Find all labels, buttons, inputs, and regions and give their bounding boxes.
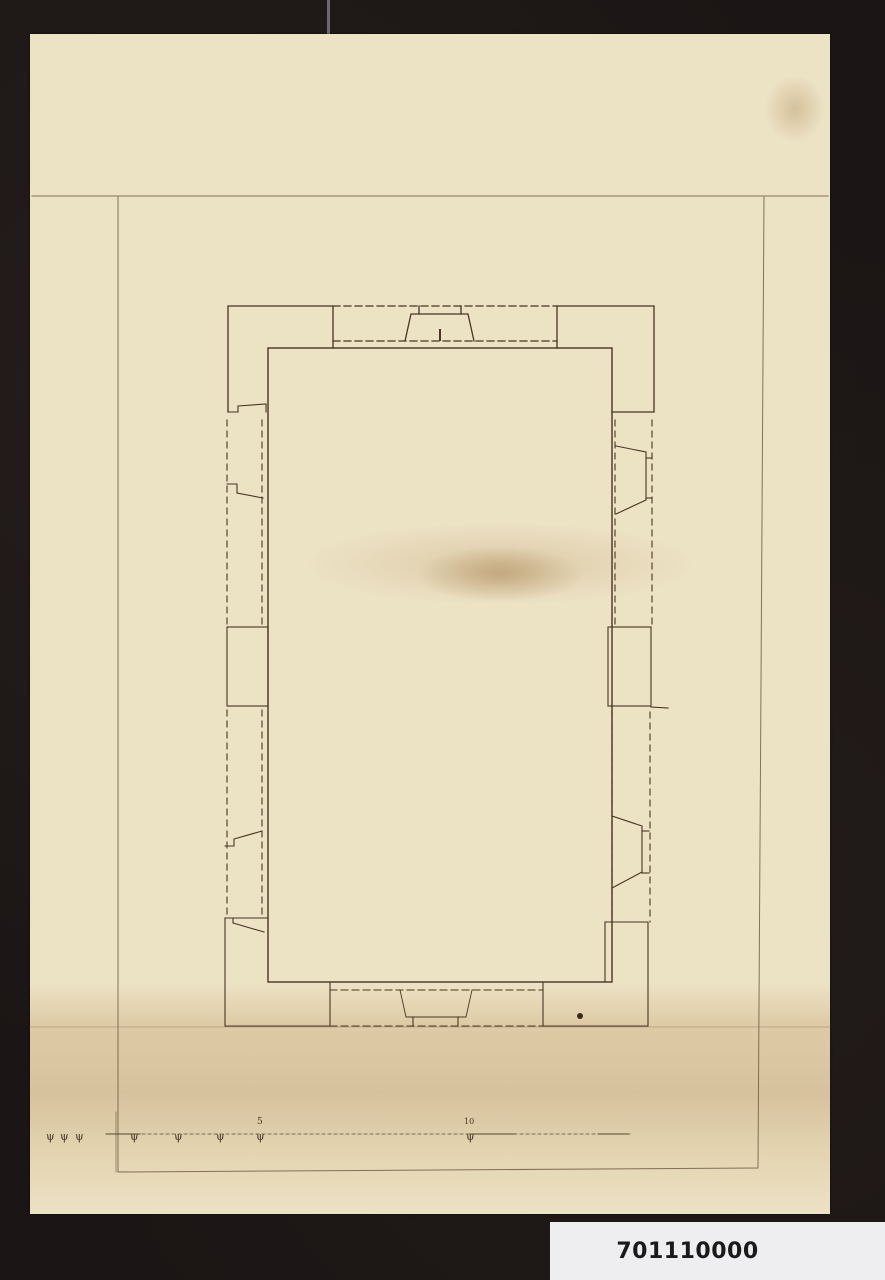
catalog-number: 701110000: [616, 1239, 758, 1264]
scale-bar-marks: ψψψ ψψψ ψ5 ψ10: [46, 1117, 475, 1143]
bottom-wall: [330, 990, 543, 1026]
catalog-label: 701110000: [550, 1222, 885, 1280]
svg-text:ψ: ψ: [256, 1130, 265, 1143]
left-wall: [225, 404, 330, 1026]
top-wall: [228, 306, 654, 412]
svg-text:ψ: ψ: [46, 1130, 55, 1143]
interior-room-outline: [268, 348, 612, 982]
svg-text:ψ: ψ: [60, 1130, 69, 1143]
svg-text:5: 5: [257, 1117, 263, 1127]
svg-text:ψ: ψ: [466, 1130, 475, 1143]
svg-text:ψ: ψ: [130, 1130, 139, 1143]
scale-bar: [106, 1112, 630, 1172]
ink-blot: [577, 1013, 583, 1019]
svg-text:ψ: ψ: [75, 1130, 84, 1143]
floor-plan-drawing: ψψψ ψψψ ψ5 ψ10: [0, 0, 885, 1280]
right-wall: [543, 420, 668, 1026]
svg-text:ψ: ψ: [216, 1130, 225, 1143]
svg-text:ψ: ψ: [174, 1130, 183, 1143]
svg-text:10: 10: [464, 1117, 474, 1126]
